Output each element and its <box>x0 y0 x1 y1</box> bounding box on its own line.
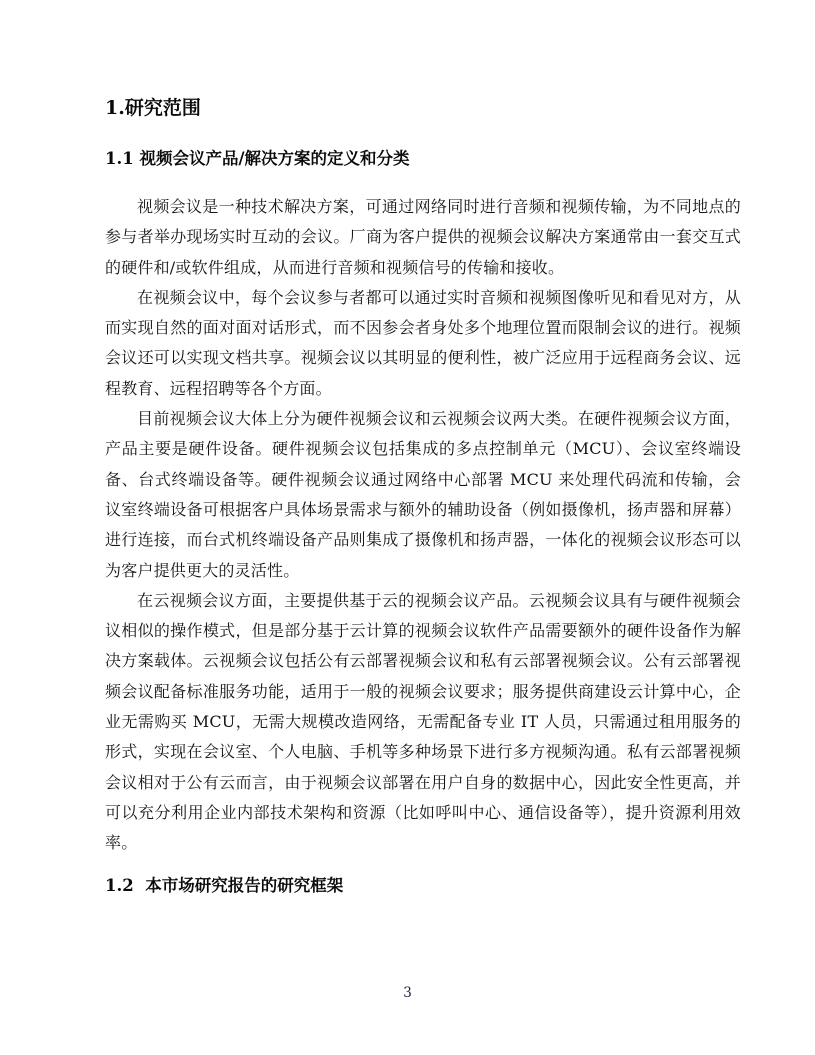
document-page: 1.研究范围 1.1 视频会议产品/解决方案的定义和分类 视频会议是一种技术解决… <box>0 0 815 1055</box>
paragraph-definition: 视频会议是一种技术解决方案，可通过网络同时进行音频和视频传输，为不同地点的参与者… <box>105 192 741 283</box>
paragraph-hardware-vc: 目前视频会议大体上分为硬件视频会议和云视频会议两大类。在硬件视频会议方面，产品主… <box>105 404 741 586</box>
section-1-2-heading: 1.2 本市场研究报告的研究框架 <box>105 874 741 898</box>
paragraph-benefits: 在视频会议中，每个会议参与者都可以通过实时音频和视频图像听见和看见对方，从而实现… <box>105 283 741 404</box>
section-1-1-body: 视频会议是一种技术解决方案，可通过网络同时进行音频和视频传输，为不同地点的参与者… <box>105 192 741 859</box>
page-number: 3 <box>0 985 815 1001</box>
section-1-1-heading: 1.1 视频会议产品/解决方案的定义和分类 <box>105 147 741 171</box>
page-content: 1.研究范围 1.1 视频会议产品/解决方案的定义和分类 视频会议是一种技术解决… <box>105 95 741 898</box>
section-1-heading: 1.研究范围 <box>105 95 741 121</box>
paragraph-cloud-vc: 在云视频会议方面，主要提供基于云的视频会议产品。云视频会议具有与硬件视频会议相似… <box>105 586 741 859</box>
